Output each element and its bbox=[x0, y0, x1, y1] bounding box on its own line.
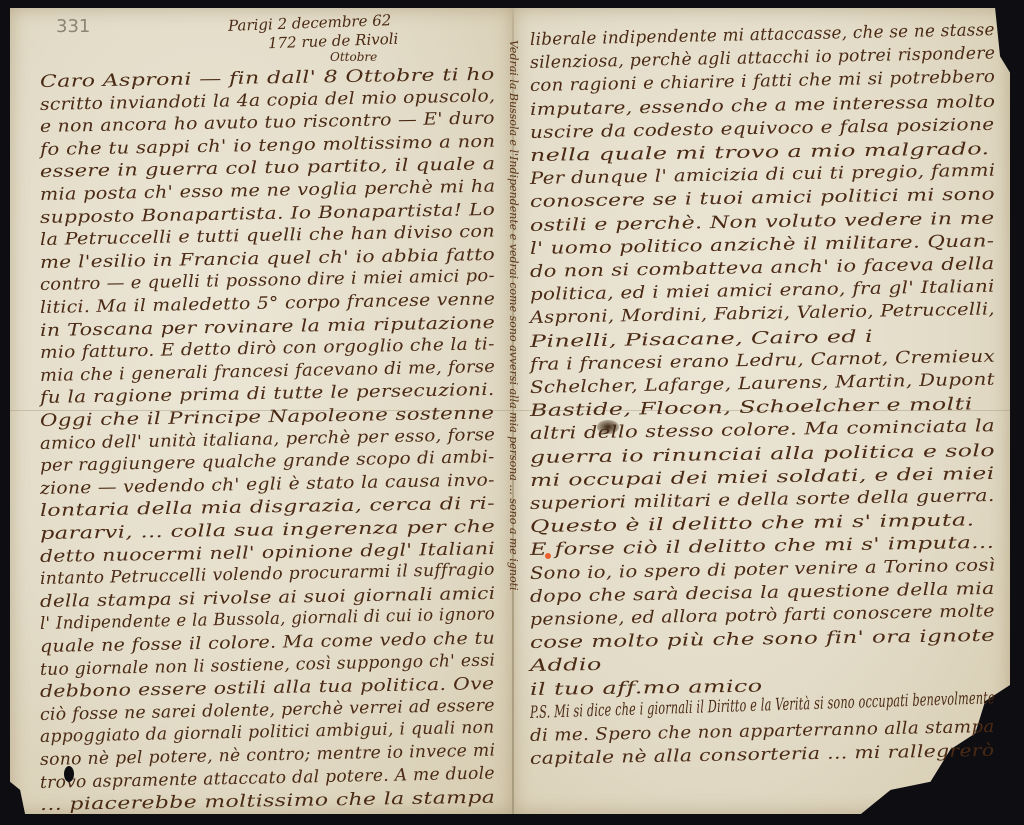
margin-note: Vedrai la Bussola e l'Indipendente e ved… bbox=[507, 40, 520, 760]
red-stain bbox=[545, 553, 551, 559]
paper-hole bbox=[64, 766, 74, 782]
archive-number: 331 bbox=[56, 16, 90, 37]
date-correction: Ottobre bbox=[330, 50, 377, 64]
handwritten-line: Addio bbox=[530, 655, 602, 676]
ink-blot bbox=[597, 420, 619, 434]
